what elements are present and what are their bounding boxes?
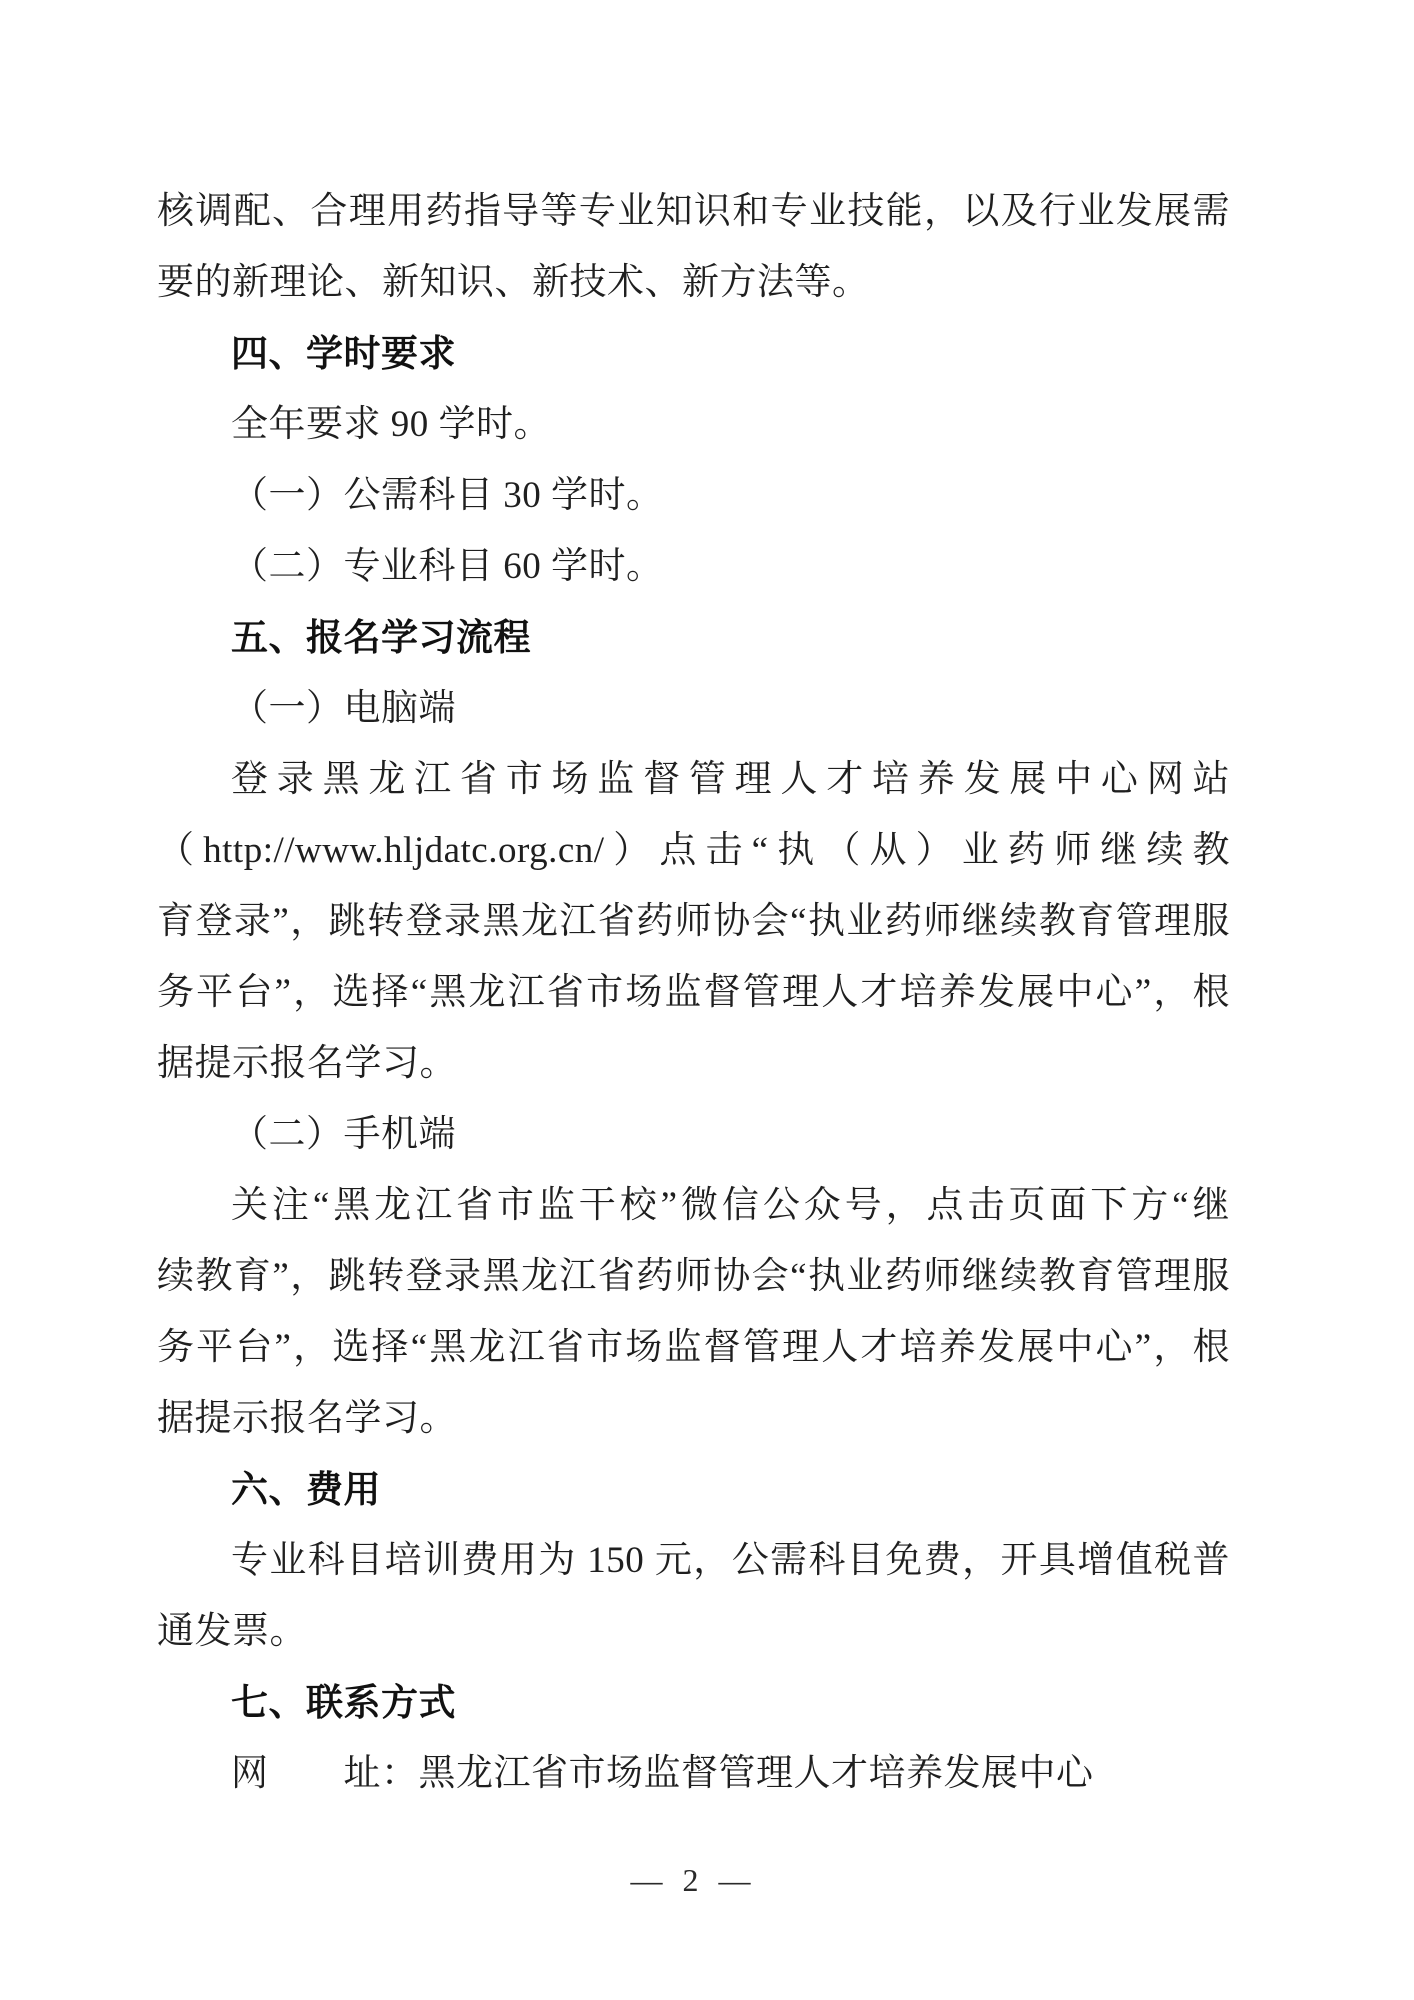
document-page: 核调配、合理用药指导等专业知识和专业技能，以及行业发展需 要的新理论、新知识、新…: [0, 0, 1414, 2000]
paragraph-line-url: （http://www.hljdatc.org.cn/）点击“执（从）业药师继续…: [157, 815, 1230, 886]
section-heading-4: 四、学时要求: [157, 318, 1230, 389]
paragraph-line: 续教育”，跳转登录黑龙江省药师协会“执业药师继续教育管理服: [157, 1241, 1230, 1312]
paragraph-line: 务平台”，选择“黑龙江省市场监督管理人才培养发展中心”，根: [157, 1312, 1230, 1383]
section-heading-6: 六、费用: [157, 1454, 1230, 1525]
list-item-1: （一）公需科目 30 学时。: [157, 460, 1230, 531]
paragraph-line: 核调配、合理用药指导等专业知识和专业技能，以及行业发展需: [157, 176, 1230, 247]
paragraph-line: 专业科目培训费用为 150 元，公需科目免费，开具增值税普: [157, 1525, 1230, 1596]
paragraph-line: 通发票。: [157, 1596, 1230, 1667]
section-heading-5: 五、报名学习流程: [157, 602, 1230, 673]
page-number: — 2 —: [157, 1862, 1230, 1899]
paragraph-line: 要的新理论、新知识、新技术、新方法等。: [157, 247, 1230, 318]
paragraph-line: 据提示报名学习。: [157, 1383, 1230, 1454]
paragraph-line: 据提示报名学习。: [157, 1028, 1230, 1099]
document-body: 核调配、合理用药指导等专业知识和专业技能，以及行业发展需 要的新理论、新知识、新…: [157, 176, 1230, 1809]
paragraph-line: 关注“黑龙江省市监干校”微信公众号，点击页面下方“继: [157, 1170, 1230, 1241]
paragraph-line: 登录黑龙江省市场监督管理人才培养发展中心网站: [157, 744, 1230, 815]
subsection-label: （二）手机端: [157, 1099, 1230, 1170]
subsection-label: （一）电脑端: [157, 673, 1230, 744]
list-item-2: （二）专业科目 60 学时。: [157, 531, 1230, 602]
section-heading-7: 七、联系方式: [157, 1667, 1230, 1738]
paragraph-line: 全年要求 90 学时。: [157, 389, 1230, 460]
paragraph-line: 务平台”，选择“黑龙江省市场监督管理人才培养发展中心”，根: [157, 957, 1230, 1028]
paragraph-line: 育登录”，跳转登录黑龙江省药师协会“执业药师继续教育管理服: [157, 886, 1230, 957]
contact-website-line: 网 址：黑龙江省市场监督管理人才培养发展中心: [157, 1738, 1230, 1809]
